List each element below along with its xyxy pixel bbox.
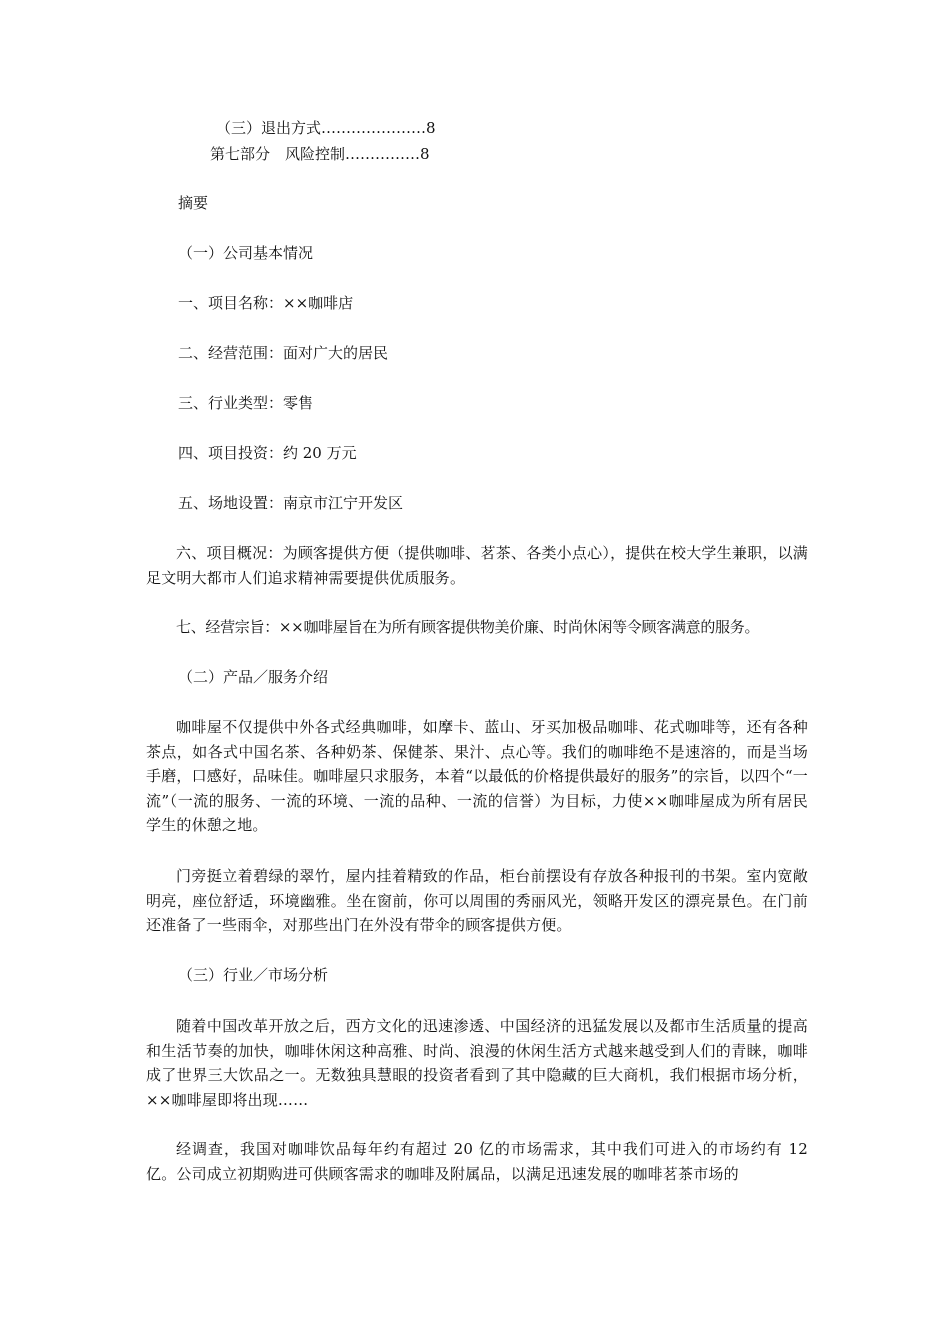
document-page: （三）退出方式…………………8 第七部分 风险控制……………8 摘要 （一）公司… <box>0 0 950 1344</box>
toc-label: （三）退出方式 <box>216 119 321 137</box>
info-item-business-scope: 二、经营范围：面对广大的居民 <box>178 344 388 362</box>
section-heading: （一）公司基本情况 <box>178 244 313 262</box>
info-item-location: 五、场地设置：南京市江宁开发区 <box>178 494 403 512</box>
toc-page-number: 8 <box>426 119 436 137</box>
body-paragraph: 经调查，我国对咖啡饮品每年约有超过 20 亿的市场需求，其中我们可进入的市场约有… <box>146 1137 808 1186</box>
toc-entry: （三）退出方式…………………8 <box>216 119 436 137</box>
business-purpose-paragraph: 七、经营宗旨：××咖啡屋旨在为所有顾客提供物美价廉、时尚休闲等令顾客满意的服务。 <box>146 615 808 640</box>
toc-entry: 第七部分 风险控制……………8 <box>210 145 430 163</box>
body-paragraph: 随着中国改革开放之后，西方文化的迅速渗透、中国经济的迅猛发展以及都市生活质量的提… <box>146 1014 808 1112</box>
body-paragraph: 门旁挺立着碧绿的翠竹，屋内挂着精致的作品，柜台前摆设有存放各种报刊的书架。室内宽… <box>146 864 808 938</box>
info-item-project-name: 一、项目名称：××咖啡店 <box>178 294 353 312</box>
toc-dots: ………………… <box>321 119 426 137</box>
section-heading: （二）产品／服务介绍 <box>178 668 328 686</box>
info-item-investment: 四、项目投资：约 20 万元 <box>178 444 357 462</box>
toc-label: 第七部分 风险控制 <box>210 145 345 163</box>
abstract-title: 摘要 <box>178 194 208 212</box>
project-overview-paragraph: 六、项目概况：为顾客提供方便（提供咖啡、茗茶、各类小点心），提供在校大学生兼职，… <box>146 541 808 590</box>
toc-dots: …………… <box>345 145 420 163</box>
toc-page-number: 8 <box>420 145 430 163</box>
section-heading: （三）行业／市场分析 <box>178 966 328 984</box>
info-item-industry-type: 三、行业类型：零售 <box>178 394 313 412</box>
body-paragraph: 咖啡屋不仅提供中外各式经典咖啡，如摩卡、蓝山、牙买加极品咖啡、花式咖啡等，还有各… <box>146 715 808 838</box>
